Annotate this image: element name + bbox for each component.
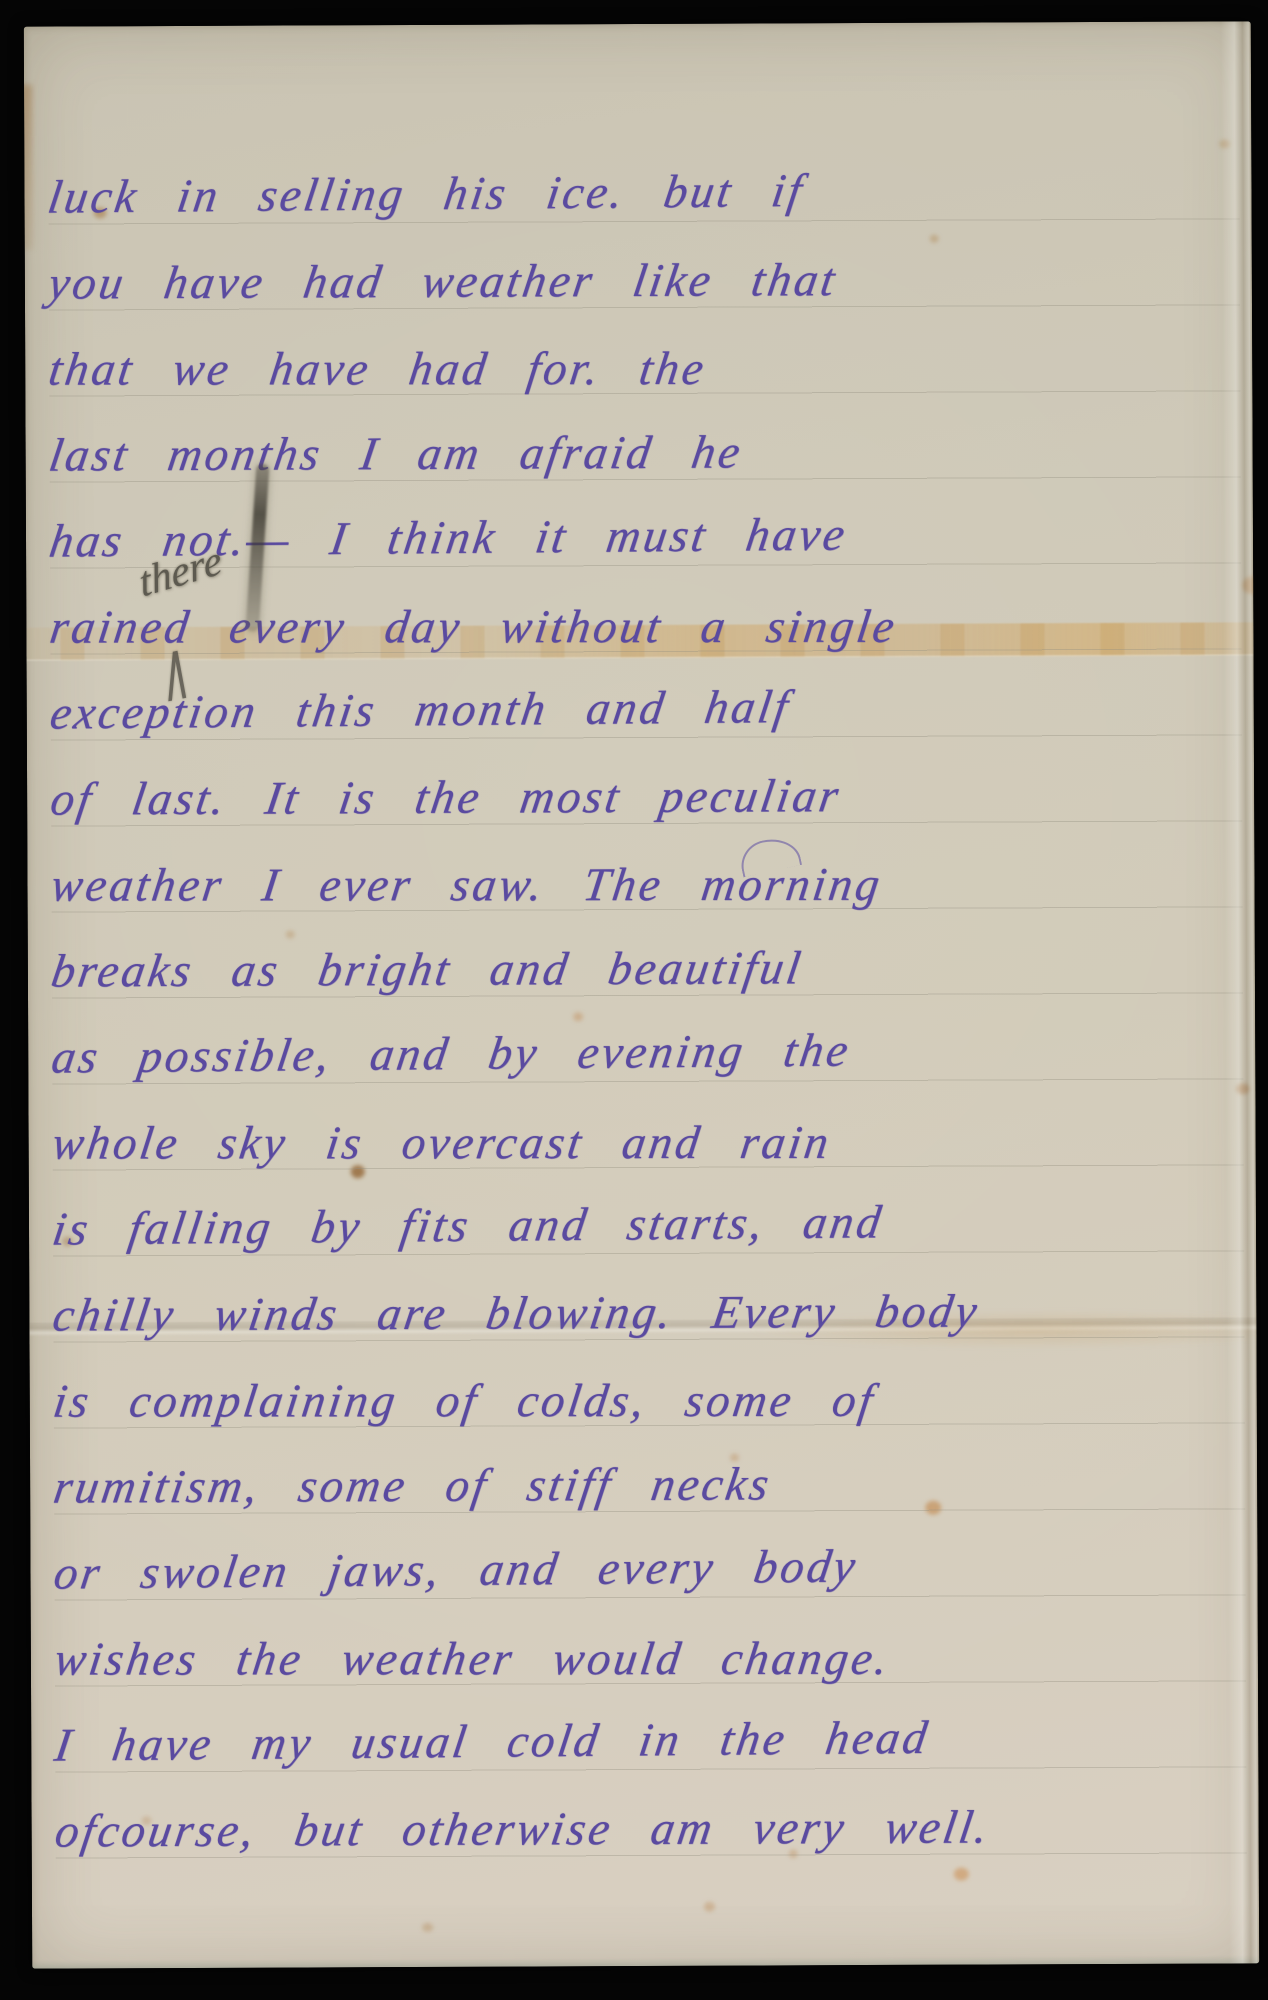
scan-background: { "document": { "kind": "handwritten let… [0, 0, 1268, 2000]
letter-line: breaks as bright and beautiful [45, 923, 1249, 1014]
pencil-caret-icon: ∧ [160, 627, 191, 716]
letter-line: of last. It is the most peculiar [45, 751, 1249, 842]
letter-line: weather I ever saw. The morning [46, 842, 1248, 929]
letter-line: has not.— I think it must have [44, 488, 1249, 584]
letter-line: last months I am afraid he [43, 407, 1247, 498]
letter-line: I have my usual cold in the head [49, 1692, 1254, 1788]
letter-line: is falling by fits and starts, and [47, 1176, 1252, 1272]
letter-line: ofcourse, but otherwise am very well. [49, 1783, 1253, 1874]
letter-line: that we have had for. the [43, 326, 1245, 413]
letter-line: exception this month and half [44, 660, 1249, 756]
stain-mark [24, 85, 33, 250]
letter-line: as possible, and by evening the [46, 1004, 1251, 1100]
letter-line: rumitism, some of stiff necks [48, 1439, 1252, 1530]
letter-line: is complaining of colds, some of [48, 1358, 1250, 1445]
letter-line: wishes the weather would change. [49, 1616, 1251, 1703]
letter-line: luck in selling his ice. but if [42, 144, 1247, 240]
letter-line: whole sky is overcast and rain [47, 1100, 1249, 1187]
stain-mark [704, 1902, 715, 1912]
letter-line: chilly winds are blowing. Every body [47, 1267, 1251, 1358]
letter-page: luck in selling his ice. but if you have… [24, 21, 1259, 1968]
stain-mark [422, 1923, 433, 1932]
letter-text: luck in selling his ice. but if you have… [48, 149, 1247, 1876]
letter-line: or swolen jaws, and every body [48, 1520, 1253, 1616]
letter-line: rained every day without a single [44, 584, 1246, 671]
letter-line: you have had weather like that [42, 235, 1246, 326]
